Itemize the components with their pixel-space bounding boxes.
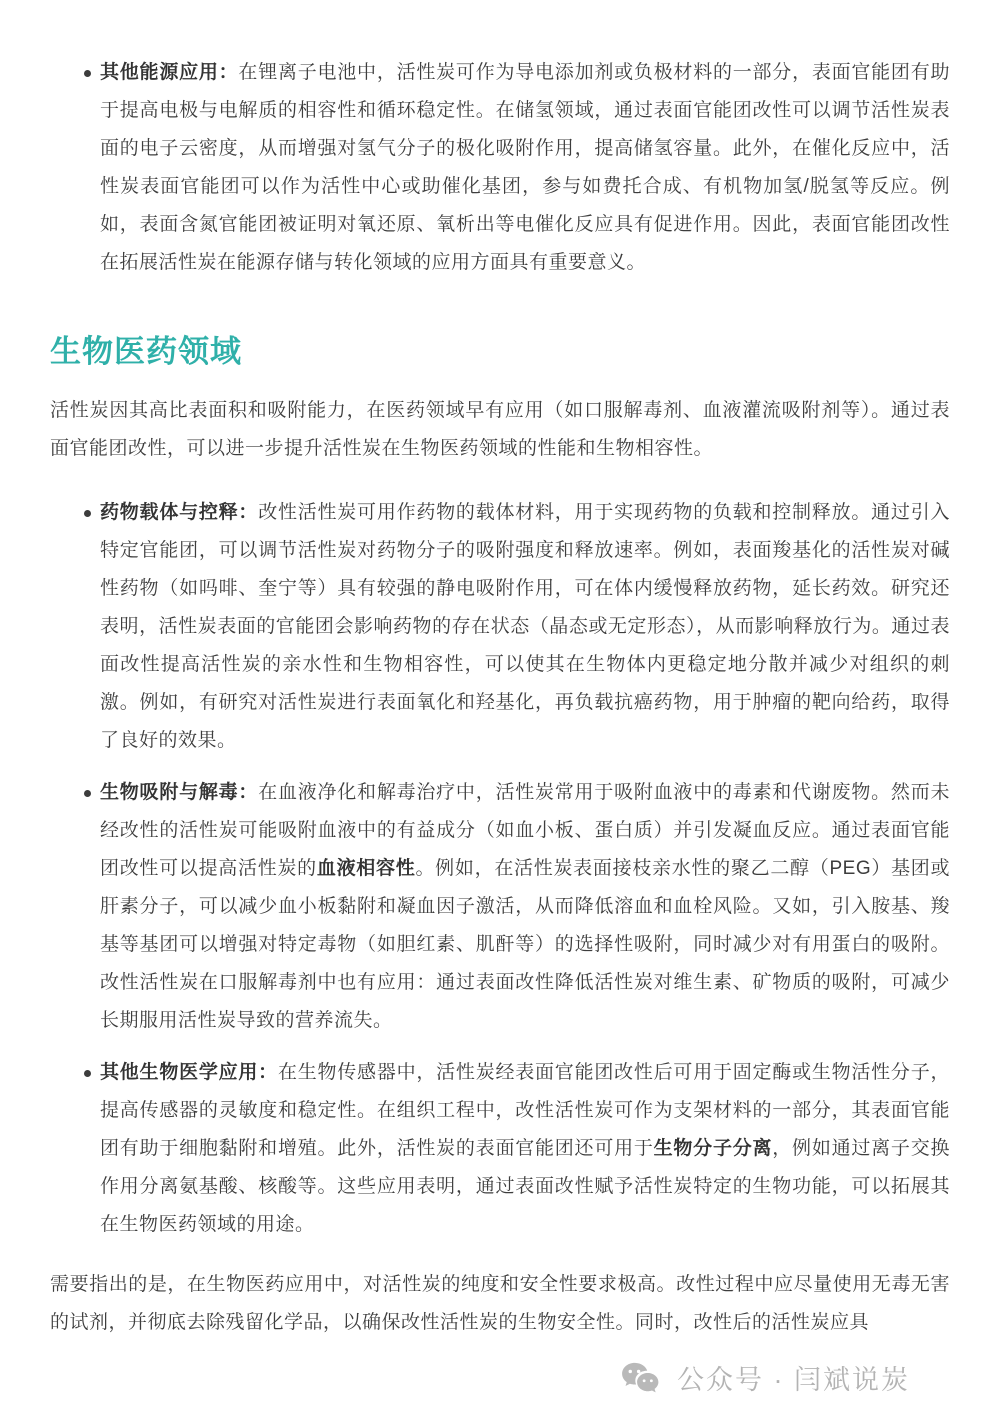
bullet-label: 药物载体与控释： bbox=[100, 502, 258, 523]
closing-paragraph: 需要指出的是，在生物医药应用中，对活性炭的纯度和安全性要求极高。改性过程中应尽量… bbox=[50, 1266, 950, 1342]
bullet-label: 生物吸附与解毒： bbox=[100, 782, 258, 803]
bullet-dot-icon bbox=[84, 70, 91, 77]
bullet-dot-icon bbox=[84, 1070, 91, 1077]
bullet-text: 改性活性炭可用作药物的载体材料，用于实现药物的负载和控制释放。通过引入特定官能团… bbox=[100, 502, 950, 751]
list-item: 药物载体与控释：改性活性炭可用作药物的载体材料，用于实现药物的负载和控制释放。通… bbox=[50, 494, 950, 760]
list-item: 其他生物医学应用：在生物传感器中，活性炭经表面官能团改性后可用于固定酶或生物活性… bbox=[50, 1054, 950, 1244]
watermark-text: 公众号 · 闫斌说炭 bbox=[677, 1360, 910, 1400]
document-page: 其他能源应用：在锂离子电池中，活性炭可作为导电添加剂或负极材料的一部分，表面官能… bbox=[0, 0, 1000, 1415]
page-title: 生物医药领域 bbox=[50, 332, 950, 372]
biomed-bullet-list: 药物载体与控释：改性活性炭可用作药物的载体材料，用于实现药物的负载和控制释放。通… bbox=[50, 494, 950, 1244]
wechat-icon bbox=[621, 1361, 665, 1399]
bullet-label: 其他生物医学应用： bbox=[100, 1062, 278, 1083]
bullet-text: 在锂离子电池中，活性炭可作为导电添加剂或负极材料的一部分，表面官能团有助于提高电… bbox=[100, 62, 950, 273]
list-item: 生物吸附与解毒：在血液净化和解毒治疗中，活性炭常用于吸附血液中的毒素和代谢废物。… bbox=[50, 774, 950, 1040]
bullet-dot-icon bbox=[84, 790, 91, 797]
bullet-bold-text: 血液相容性 bbox=[317, 858, 416, 879]
bullet-bold-text: 生物分子分离 bbox=[654, 1138, 773, 1159]
bullet-dot-icon bbox=[84, 510, 91, 517]
bullet-label: 其他能源应用： bbox=[100, 62, 238, 83]
section-intro-paragraph: 活性炭因其高比表面积和吸附能力，在医药领域早有应用（如口服解毒剂、血液灌流吸附剂… bbox=[50, 392, 950, 468]
watermark: 公众号 · 闫斌说炭 bbox=[50, 1360, 950, 1400]
bullet-text: 。例如，在活性炭表面接枝亲水性的聚乙二醇（PEG）基团或肝素分子，可以减少血小板… bbox=[100, 858, 950, 1031]
list-item: 其他能源应用：在锂离子电池中，活性炭可作为导电添加剂或负极材料的一部分，表面官能… bbox=[50, 54, 950, 282]
energy-bullet-list: 其他能源应用：在锂离子电池中，活性炭可作为导电添加剂或负极材料的一部分，表面官能… bbox=[50, 54, 950, 282]
